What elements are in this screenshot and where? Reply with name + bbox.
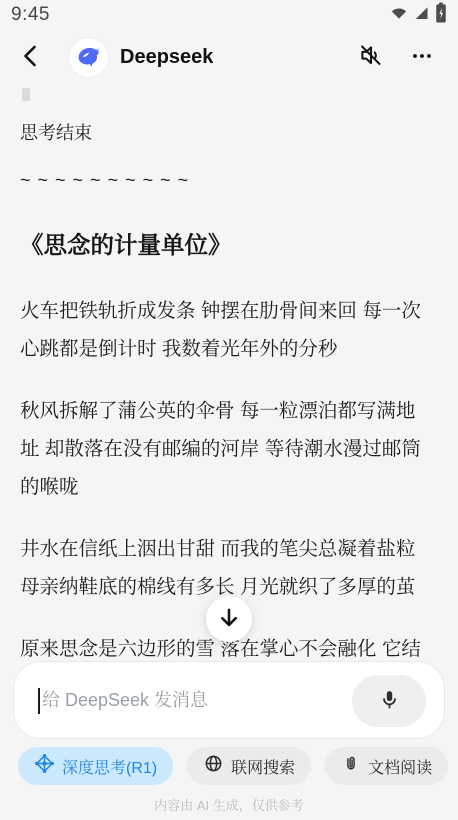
ellipsis-icon <box>408 42 436 73</box>
avatar <box>69 38 108 77</box>
document-read-chip[interactable]: 文档阅读 <box>325 747 448 785</box>
speaker-muted-icon <box>357 42 384 72</box>
back-button[interactable] <box>18 42 44 73</box>
poem-paragraph: 井水在信纸上洇出甘甜 而我的笔尖总凝着盐粒 母亲纳鞋底的棉线有多长 月光就织了多… <box>20 530 426 606</box>
cellular-signal-icon <box>413 5 430 26</box>
header-actions <box>357 42 440 73</box>
text-cursor <box>38 688 40 714</box>
microphone-icon <box>377 687 402 715</box>
page-title: Deepseek <box>120 46 213 69</box>
wifi-icon <box>390 5 408 26</box>
poem-paragraph: 秋风拆解了蒲公英的伞骨 每一粒漂泊都写满地址 却散落在没有邮编的河岸 等待潮水漫… <box>20 392 426 506</box>
deep-think-chip[interactable]: 深度思考(R1) <box>18 747 173 785</box>
scroll-to-bottom-button[interactable] <box>206 596 252 642</box>
chevron-left-icon <box>18 42 44 73</box>
voice-input-button[interactable] <box>352 675 426 727</box>
web-search-chip-label: 联网搜索 <box>231 755 295 778</box>
ai-disclaimer: 内容由 AI 生成，仅供参考 <box>0 795 458 814</box>
paperclip-icon <box>341 754 361 779</box>
web-search-chip[interactable]: 联网搜索 <box>187 747 311 785</box>
arrow-down-icon <box>216 605 242 634</box>
thinking-indicator-bar <box>22 88 30 101</box>
deep-think-atom-icon <box>34 753 55 779</box>
status-bar: 9:45 <box>0 0 458 30</box>
chat-header: Deepseek <box>0 30 458 84</box>
globe-icon <box>203 753 224 779</box>
message-composer <box>13 661 445 739</box>
tilde-divider: ~ ~ ~ ~ ~ ~ ~ ~ ~ ~ <box>20 170 189 191</box>
status-icons <box>390 2 447 28</box>
mute-button[interactable] <box>357 42 384 72</box>
thinking-status[interactable]: 思考结束 <box>20 119 92 145</box>
deepseek-whale-logo <box>75 41 102 73</box>
status-time: 9:45 <box>11 4 50 26</box>
deepseek-chat-screen: 9:45 <box>0 0 458 820</box>
deep-think-chip-label: 深度思考(R1) <box>62 755 157 778</box>
more-options-button[interactable] <box>408 42 436 73</box>
document-read-chip-label: 文档阅读 <box>368 755 432 778</box>
battery-charging-icon <box>435 2 447 28</box>
poem-paragraph: 火车把铁轨折成发条 钟摆在肋骨间来回 每一次心跳都是倒计时 我数着光年外的分秒 <box>20 292 426 368</box>
poem-title: 《思念的计量单位》 <box>20 226 232 260</box>
tool-chip-bar: 深度思考(R1) 联网搜索 文档阅读 <box>0 747 458 785</box>
